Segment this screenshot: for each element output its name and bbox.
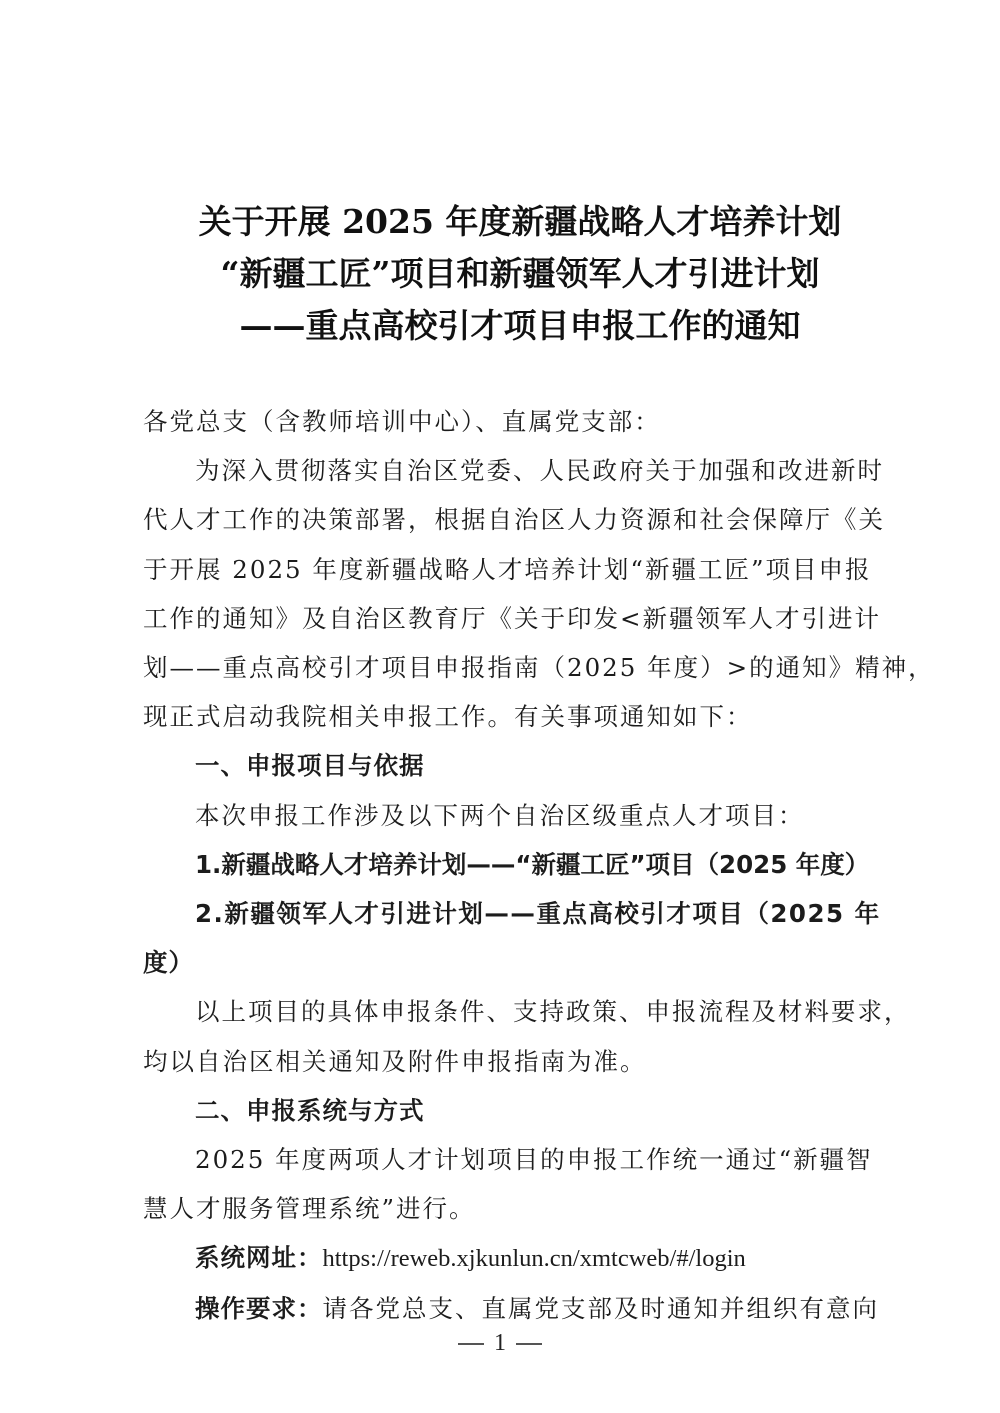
section1-lead: 本次申报工作涉及以下两个自治区级重点人才项目： [143,791,888,840]
section1-note: 以上项目的具体申报条件、支持政策、申报流程及材料要求， [143,987,888,1036]
title-line-2: “新疆工匠”项目和新疆领军人才引进计划 [140,248,900,300]
project-item-2: 2.新疆领军人才引进计划——重点高校引才项目（2025 年 [143,889,888,938]
page-number: 1 [494,1330,506,1356]
page-footer: 1 [0,1330,1000,1357]
document-body: 各党总支（含教师培训中心）、直属党支部： 为深入贯彻落实自治区党委、人民政府关于… [143,397,888,1333]
title-line-1: 关于开展 2025 年度新疆战略人才培养计划 [140,196,900,248]
intro-line: 工作的通知》及自治区教育厅《关于印发<新疆领军人才引进计 [143,594,888,643]
document-page: 关于开展 2025 年度新疆战略人才培养计划 “新疆工匠”项目和新疆领军人才引进… [0,0,1000,1413]
ops-requirement-text: 请各党总支、直属党支部及时通知并组织有意向 [323,1294,880,1323]
intro-line: 划——重点高校引才项目申报指南（2025 年度）>的通知》精神， [143,643,888,692]
intro-line: 于开展 2025 年度新疆战略人才培养计划“新疆工匠”项目申报 [143,545,888,594]
title-line-3: ——重点高校引才项目申报工作的通知 [140,300,900,352]
section2-text: 2025 年度两项人才计划项目的申报工作统一通过“新疆智 [143,1135,888,1184]
salutation: 各党总支（含教师培训中心）、直属党支部： [143,397,888,446]
section-heading-1: 一、申报项目与依据 [143,741,888,790]
ops-requirement-label: 操作要求： [195,1294,323,1323]
intro-line: 现正式启动我院相关申报工作。有关事项通知如下： [143,692,888,741]
ops-requirement-line: 操作要求：请各党总支、直属党支部及时通知并组织有意向 [143,1284,888,1333]
project-item-1: 1.新疆战略人才培养计划——“新疆工匠”项目（2025 年度） [143,840,888,889]
project-item-2-cont: 度） [143,938,888,987]
document-title: 关于开展 2025 年度新疆战略人才培养计划 “新疆工匠”项目和新疆领军人才引进… [140,196,900,352]
system-url-link[interactable]: https://reweb.xjkunlun.cn/xmtcweb/#/logi… [323,1245,746,1272]
system-url-label: 系统网址： [195,1243,323,1272]
footer-dash-right [516,1343,542,1345]
section2-text-cont: 慧人才服务管理系统”进行。 [143,1184,888,1233]
intro-line: 代人才工作的决策部署，根据自治区人力资源和社会保障厅《关 [143,495,888,544]
footer-dash-left [458,1343,484,1345]
section1-note-cont: 均以自治区相关通知及附件申报指南为准。 [143,1037,888,1086]
intro-line: 为深入贯彻落实自治区党委、人民政府关于加强和改进新时 [143,446,888,495]
system-url-line: 系统网址：https://reweb.xjkunlun.cn/xmtcweb/#… [143,1233,888,1283]
section-heading-2: 二、申报系统与方式 [143,1086,888,1135]
